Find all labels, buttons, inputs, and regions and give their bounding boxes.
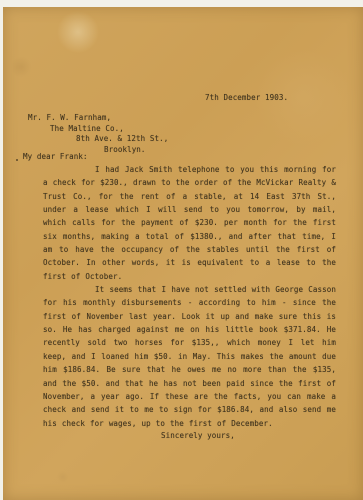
paragraph-casson-accounts: It seems that I have not settled with Ge… — [43, 283, 336, 430]
letter-date: 7th December 1903. — [205, 93, 288, 102]
paragraph-stable-rent: I had Jack Smith telephone to you this m… — [43, 163, 336, 283]
recipient-company: The Maltine Co., — [28, 124, 168, 135]
recipient-address-block: Mr. F. W. Farnham, The Maltine Co., 8th … — [28, 113, 168, 155]
scanned-letter-frame: 7th December 1903. Mr. F. W. Farnham, Th… — [0, 0, 363, 500]
letter-body: I had Jack Smith telephone to you this m… — [43, 163, 336, 430]
salutation: My dear Frank: — [23, 152, 88, 161]
letter-paper: 7th December 1903. Mr. F. W. Farnham, Th… — [3, 7, 363, 500]
recipient-name: Mr. F. W. Farnham, — [28, 113, 168, 124]
ink-speck — [16, 159, 18, 161]
closing-sincerely: Sincerely yours, — [161, 431, 235, 440]
recipient-street: 8th Ave. & 12th St., — [28, 134, 168, 145]
